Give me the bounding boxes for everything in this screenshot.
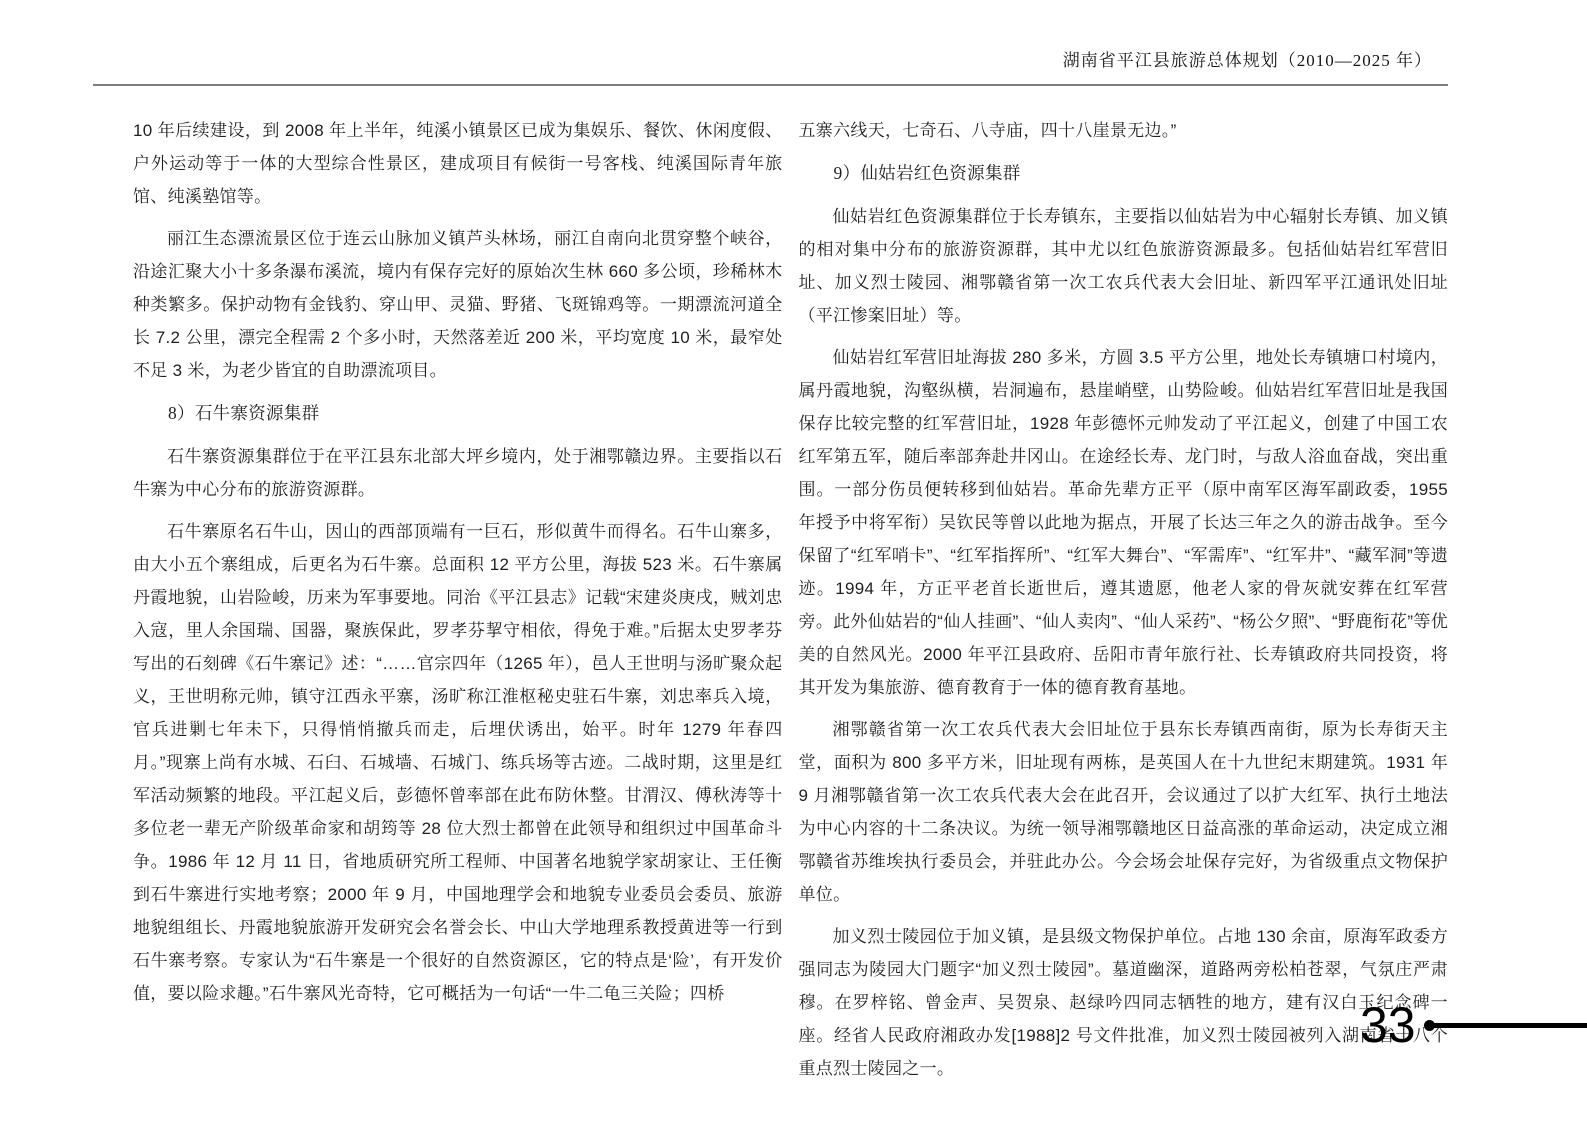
section-heading-shiniuzhai: 8）石牛寨资源集群 bbox=[133, 397, 783, 430]
paragraph: 加义烈士陵园位于加义镇，是县级文物保护单位。占地 130 余亩，原海军政委方强同… bbox=[799, 920, 1449, 1085]
paragraph: 10 年后续建设，到 2008 年上半年，纯溪小镇景区已成为集娱乐、餐饮、休闲度… bbox=[133, 114, 783, 213]
paragraph: 石牛寨原名石牛山，因山的西部顶端有一巨石，形似黄牛而得名。石牛山寨多，由大小五个… bbox=[133, 515, 783, 1010]
paragraph: 丽江生态漂流景区位于连云山脉加义镇芦头林场，丽江自南向北贯穿整个峡谷，沿途汇聚大… bbox=[133, 222, 783, 387]
two-column-body: 10 年后续建设，到 2008 年上半年，纯溪小镇景区已成为集娱乐、餐饮、休闲度… bbox=[133, 114, 1448, 1094]
paragraph: 石牛寨资源集群位于在平江县东北部大坪乡境内，处于湘鄂赣边界。主要指以石牛寨为中心… bbox=[133, 440, 783, 506]
page-footer: 33 bbox=[1360, 1000, 1587, 1050]
header-rule bbox=[93, 84, 1448, 86]
column-right: 五寨六线天，七奇石、八寺庙，四十八崖景无边。” 9）仙姑岩红色资源集群 仙姑岩红… bbox=[799, 114, 1449, 1094]
page-header-title: 湖南省平江县旅游总体规划（2010—2025 年） bbox=[93, 46, 1448, 71]
document-page: 湖南省平江县旅游总体规划（2010—2025 年） 10 年后续建设，到 200… bbox=[0, 0, 1587, 1122]
footer-rule bbox=[1433, 1023, 1587, 1028]
paragraph: 仙姑岩红色资源集群位于长寿镇东，主要指以仙姑岩为中心辐射长寿镇、加义镇的相对集中… bbox=[799, 200, 1449, 332]
page-number: 33 bbox=[1360, 1000, 1416, 1050]
paragraph: 湘鄂赣省第一次工农兵代表大会旧址位于县东长寿镇西南街，原为长寿街天主堂，面积为 … bbox=[799, 713, 1449, 911]
column-left: 10 年后续建设，到 2008 年上半年，纯溪小镇景区已成为集娱乐、餐饮、休闲度… bbox=[133, 114, 783, 1094]
paragraph: 仙姑岩红军营旧址海拔 280 多米，方圆 3.5 平方公里，地处长寿镇塘口村境内… bbox=[799, 341, 1449, 704]
section-heading-xianguyan: 9）仙姑岩红色资源集群 bbox=[799, 157, 1449, 190]
paragraph: 五寨六线天，七奇石、八寺庙，四十八崖景无边。” bbox=[799, 114, 1449, 147]
